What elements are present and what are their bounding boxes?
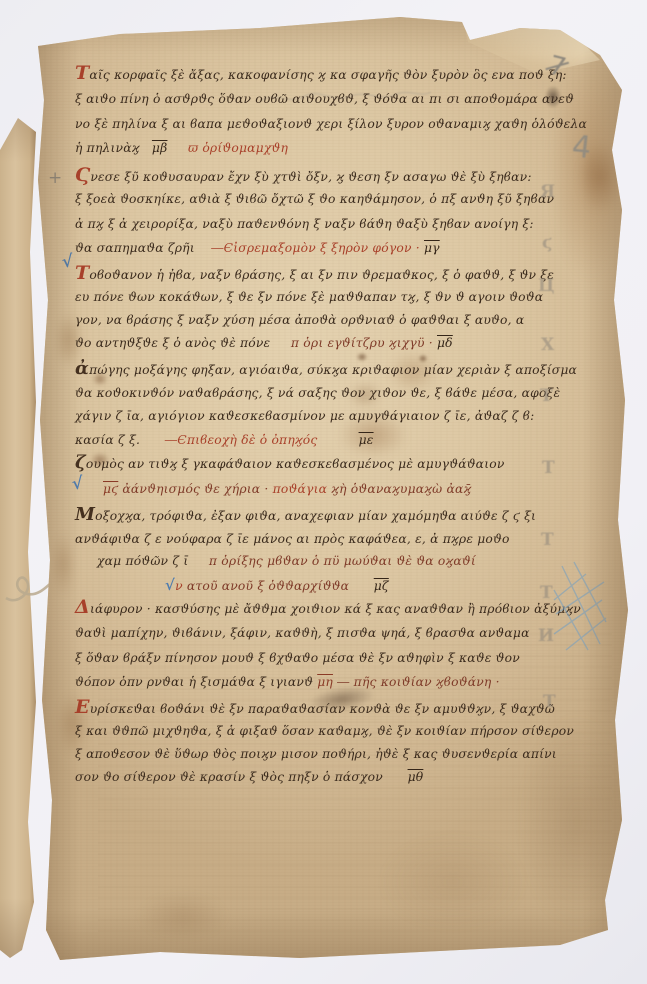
page-edge-shading	[38, 12, 630, 960]
strip-edge-shading	[0, 112, 38, 958]
manuscript-scan: { "document": { "kind": "greek-manuscrip…	[0, 0, 647, 984]
facing-page-edge	[0, 112, 38, 958]
manuscript-page: Ταῖς κορφαῖς ξὲ ἄξας, κακοφανίσης ϗ κα σ…	[38, 12, 630, 960]
